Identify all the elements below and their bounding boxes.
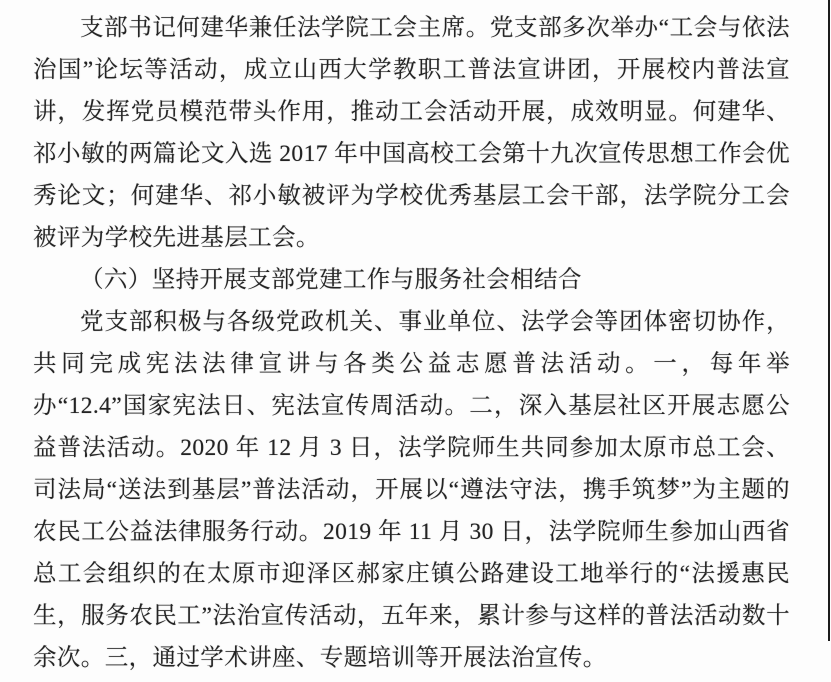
scan-right-edge-line: [828, 0, 830, 641]
section-heading-six: （六）坚持开展支部党建工作与服务社会相结合: [33, 259, 790, 301]
scanned-document-page: 支部书记何建华兼任法学院工会主席。党支部多次举办“工会与依法治国”论坛等活动，成…: [0, 0, 831, 682]
paragraph-union-work: 支部书记何建华兼任法学院工会主席。党支部多次举办“工会与依法治国”论坛等活动，成…: [33, 7, 790, 259]
paragraph-legal-outreach: 党支部积极与各级党政机关、事业单位、法学会等团体密切协作，共同完成宪法法律宣讲与…: [33, 301, 790, 679]
document-body: 支部书记何建华兼任法学院工会主席。党支部多次举办“工会与依法治国”论坛等活动，成…: [33, 7, 790, 679]
